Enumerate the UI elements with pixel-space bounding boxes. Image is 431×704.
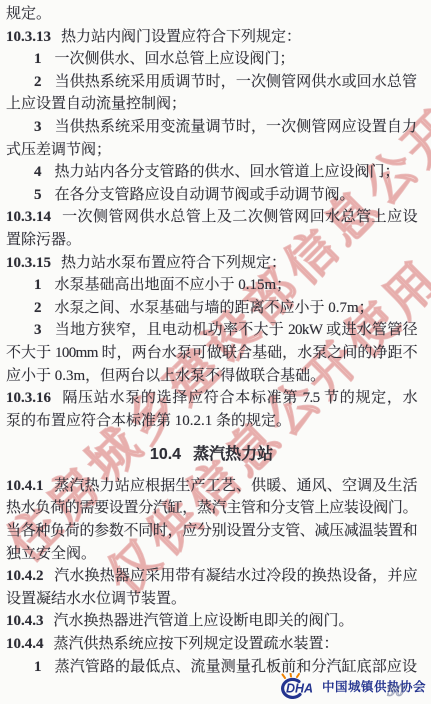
line-number: 2: [34, 300, 42, 316]
line-text: 规定。: [6, 6, 51, 22]
text-line: 1水泵基础高出地面不应小于 0.15m；: [6, 274, 417, 297]
line-text: 应小于 0.3m，但两台以上水泵不得做联合基础。: [6, 368, 325, 384]
line-text: 水泵之间、水泵基础与墙的距离不应小于 0.7m；: [55, 300, 374, 316]
line-number: 10.3.16: [6, 390, 51, 406]
line-text: 上应设置自动流量控制阀；: [6, 96, 186, 112]
line-text: 设置凝结水水位调节装置。: [6, 591, 186, 607]
text-line: 10.4.3汽水换热器进汽管道上应设断电即关的阀门。: [6, 610, 417, 633]
text-line: 10.3.13热力站内阀门设置应符合下列规定：: [6, 26, 417, 49]
text-line: 设置凝结水水位调节装置。: [6, 588, 417, 611]
line-text: 热力站内各分支管路的供水、回水管道上应设阀门；: [55, 164, 400, 180]
text-line: 应小于 0.3m，但两台以上水泵不得做联合基础。: [6, 365, 417, 388]
line-number: 10.3.14: [6, 209, 51, 225]
line-text: 泵的布置应符合本标准第 10.2.1 条的规定。: [6, 413, 291, 429]
text-line: 10.4.2汽水换热器应采用带有凝结水过冷段的换热设备，并应: [6, 565, 417, 588]
text-line: 10.3.14一次侧管网供水总管上及二次侧管网回水总管上应设: [6, 206, 417, 229]
line-number: 10.4.4: [6, 636, 44, 652]
text-line: 10.3.16隔压站水泵的选择应符合本标准第 7.5 节的规定，水: [6, 387, 417, 410]
text-line: 置除污器。: [6, 229, 417, 252]
line-text: 置除污器。: [6, 232, 81, 248]
line-text: 当各种负荷的参数不同时，应分别设置分支管、减压减温装置和: [6, 523, 417, 539]
text-line: 2水泵之间、水泵基础与墙的距离不应小于 0.7m；: [6, 297, 417, 320]
text-line: 泵的布置应符合本标准第 10.2.1 条的规定。: [6, 410, 417, 433]
line-text: 蒸汽热力站应根据生产工艺、供暖、通风、空调及生活: [54, 478, 418, 494]
line-text: 一次侧供水、回水总管上应设阀门；: [55, 51, 295, 67]
line-text: 隔压站水泵的选择应符合本标准第 7.5 节的规定，水: [61, 390, 417, 406]
line-text: 热力站内阀门设置应符合下列规定：: [61, 29, 301, 45]
association-name: 中国城镇供热协会: [322, 677, 426, 695]
line-number: 10.4.2: [6, 568, 44, 584]
line-number: 10.4.3: [6, 613, 44, 629]
line-text: 当地方狭窄，且电动机功率不大于 20kW 或进水管管径: [54, 322, 417, 338]
line-text: 在各分支管路应设自动调节阀或手动调节阀。: [55, 187, 355, 203]
cdha-logo-monogram: DHA: [286, 682, 313, 696]
line-number: 1: [34, 51, 42, 67]
line-text: 水泵基础高出地面不应小于 0.15m；: [55, 277, 292, 293]
text-line: 不大于 100mm 时，两台水泵可做联合基础，水泵之间的净距不: [6, 342, 417, 365]
line-number: 1: [34, 277, 42, 293]
text-line: 3当地方狭窄，且电动机功率不大于 20kW 或进水管管径: [6, 319, 417, 342]
document-page: 住房城乡建设部信息公开 仅供信息公开使用 规定。10.3.13热力站内阀门设置应…: [0, 0, 431, 704]
line-text: 一次侧管网供水总管上及二次侧管网回水总管上应设: [61, 209, 417, 225]
text-line: 4热力站内各分支管路的供水、回水管道上应设阀门；: [6, 161, 417, 184]
cdha-logo-icon: DHA: [273, 673, 319, 699]
text-line: 3当供热系统采用变流量调节时，一次侧管网应设置自力: [6, 116, 417, 139]
line-text: 蒸汽热力站: [193, 446, 273, 463]
line-number: 5: [34, 187, 42, 203]
line-number: 4: [34, 164, 42, 180]
text-line: 热水负荷的需要设置分汽缸，蒸汽主管和分支管上应装设阀门。: [6, 497, 417, 520]
line-text: 汽水换热器进汽管道上应设断电即关的阀门。: [54, 613, 354, 629]
line-text: 不大于 100mm 时，两台水泵可做联合基础，水泵之间的净距不: [6, 345, 417, 361]
line-number: 10.3.13: [6, 29, 51, 45]
section-number: 10.4: [150, 446, 181, 463]
text-line: 10.4.4蒸汽供热系统应按下列规定设置疏水装置：: [6, 633, 417, 656]
line-text: 独立安全阀。: [6, 546, 96, 562]
text-line: 10.3.15热力站水泵布置应符合下列规定：: [6, 252, 417, 275]
line-number: 10.4.1: [6, 478, 44, 494]
text-line: 1一次侧供水、回水总管上应设阀门；: [6, 48, 417, 71]
section-heading: 10.4蒸汽热力站: [6, 444, 417, 467]
line-text: 热水负荷的需要设置分汽缸，蒸汽主管和分支管上应装设阀门。: [6, 500, 417, 516]
text-line: 当各种负荷的参数不同时，应分别设置分支管、减压减温装置和: [6, 520, 417, 543]
text-line: 5在各分支管路应设自动调节阀或手动调节阀。: [6, 184, 417, 207]
line-number: 3: [34, 322, 41, 338]
line-text: 汽水换热器应采用带有凝结水过冷段的换热设备，并应: [54, 568, 418, 584]
text-line: 式压差调节阀；: [6, 139, 417, 162]
page-footer: DHA 中国城镇供热协会: [273, 673, 426, 699]
line-text: 当供热系统采用质调节时，一次侧管网供水或回水总管: [55, 74, 418, 90]
line-text: 当供热系统采用变流量调节时，一次侧管网应设置自力: [55, 119, 418, 135]
text-line: 上应设置自动流量控制阀；: [6, 93, 417, 116]
line-number: 1: [34, 659, 42, 675]
line-text: 式压差调节阀；: [6, 142, 111, 158]
line-number: 10.3.15: [6, 255, 51, 271]
text-line: 规定。: [6, 3, 417, 26]
line-number: 2: [34, 74, 42, 90]
text-line: 2当供热系统采用质调节时，一次侧管网供水或回水总管: [6, 71, 417, 94]
line-number: 3: [34, 119, 42, 135]
document-body: 规定。10.3.13热力站内阀门设置应符合下列规定：1一次侧供水、回水总管上应设…: [6, 3, 417, 678]
text-line: 独立安全阀。: [6, 543, 417, 566]
line-text: 热力站水泵布置应符合下列规定：: [61, 255, 286, 271]
line-text: 蒸汽供热系统应按下列规定设置疏水装置：: [54, 636, 339, 652]
text-line: 10.4.1蒸汽热力站应根据生产工艺、供暖、通风、空调及生活: [6, 475, 417, 498]
